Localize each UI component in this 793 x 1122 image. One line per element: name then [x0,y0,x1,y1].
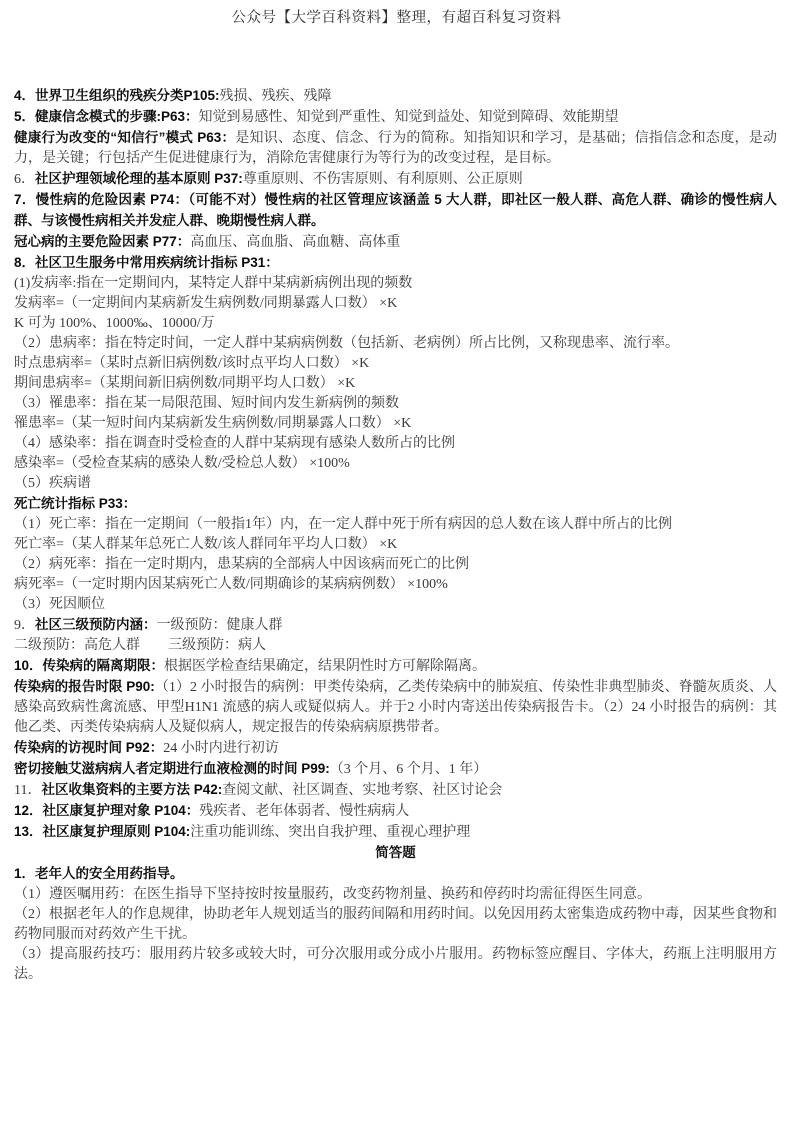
paragraph: 13．社区康复护理原则 P104:注重功能训练、突出自我护理、重视心理护理 [14,822,777,843]
body-text: 病死率=（一定时期内因某病死亡人数/同期确诊的某病病例数） ×100% [14,577,448,592]
bold-text: 密切接触艾滋病病人者定期进行血液检测的时间 P99: [14,761,330,776]
paragraph: 感染率=（受检查某病的感染人数/受检总人数） ×100% [14,454,777,474]
paragraph: 密切接触艾滋病病人者定期进行血液检测的时间 P99:（3 个月、6 个月、1 年… [14,759,777,780]
paragraph: 12．社区康复护理对象 P104：残疾者、老年体弱者、慢性病病人 [14,801,777,822]
body-text: K 可为 100%、1000‰、10000/万 [14,316,215,331]
paragraph: 发病率=（一定期间内某病新发生病例数/同期暴露人口数） ×K [14,294,777,314]
body-text: 感染率=（受检查某病的感染人数/受检总人数） ×100% [14,456,350,471]
body-text: 注重功能训练、突出自我护理、重视心理护理 [190,825,470,840]
paragraph: （1）死亡率：指在一定期间（一般指1年）内，在一定人群中死于所有病因的总人数在该… [14,515,777,535]
body-text: （2）患病率：指在特定时间，一定人群中某病病例数（包括新、老病例）所占比例，又称… [14,336,679,351]
paragraph: 时点患病率=（某时点新旧病例数/该时点平均人口数） ×K [14,354,777,374]
body-text: 时点患病率=（某时点新旧病例数/该时点平均人口数） ×K [14,356,369,371]
paragraph: （2）患病率：指在特定时间，一定人群中某病病例数（包括新、老病例）所占比例，又称… [14,334,777,354]
bold-text: 社区护理领域伦理的基本原则 P37: [35,171,243,186]
paragraph: 传染病的报告时限 P90:（1）2 小时报告的病例：甲类传染病，乙类传染病中的肺… [14,677,777,738]
paragraph: 死亡率=（某人群某年总死亡人数/该人群同年平均人口数） ×K [14,535,777,555]
bold-text: 8．社区卫生服务中常用疾病统计指标 P31： [14,255,279,270]
body-text: （4）感染率：指在调查时受检查的人群中某病现有感染人数所占的比例 [14,436,455,451]
paragraph: 7．慢性病的危险因素 P74：（可能不对）慢性病的社区管理应该涵盖 5 大人群，… [14,190,777,232]
paragraph: 6．社区护理领域伦理的基本原则 P37:尊重原则、不伤害原则、有利原则、公正原则 [14,169,777,190]
paragraph: 传染病的访视时间 P92：24 小时内进行初访 [14,738,777,759]
paragraph: 9．社区三级预防内涵：一级预防：健康人群 [14,615,777,636]
body-text: (1)发病率:指在一定期间内，某特定人群中某病新病例出现的频数 [14,276,412,291]
paragraph: 11．社区收集资料的主要方法 P42:查阅文献、社区调查、实地考察、社区讨论会 [14,780,777,801]
document-body: 4．世界卫生组织的残疾分类P105:残损、残疾、残障5．健康信念模式的步骤:P6… [14,86,777,985]
paragraph: 期间患病率=（某期间新旧病例数/同期平均人口数） ×K [14,374,777,394]
body-text: （5）疾病谱 [14,476,91,491]
paragraph: 罹患率=（某一短时间内某病新发生病例数/同期暴露人口数） ×K [14,414,777,434]
paragraph: （3）罹患率：指在某一局限范围、短时间内发生新病例的频数 [14,394,777,414]
bold-text: 12．社区康复护理对象 P104： [14,803,199,818]
paragraph: K 可为 100%、1000‰、10000/万 [14,314,777,334]
bold-text: 4．世界卫生组织的残疾分类P105: [14,88,220,103]
body-text: （3 个月、6 个月、1 年） [330,762,488,777]
bold-text: 健康行为改变的“知信行”模式 P63： [14,130,235,145]
paragraph: （5）疾病谱 [14,474,777,494]
paragraph: （2）根据老年人的作息规律，协助老年人规划适当的服药间隔和用药时间。以免因用药太… [14,905,777,945]
body-text: （3）罹患率：指在某一局限范围、短时间内发生新病例的频数 [14,396,399,411]
body-text: 一级预防：健康人群 [157,618,283,633]
bold-text: 死亡统计指标 P33： [14,496,136,511]
body-text: 死亡率=（某人群某年总死亡人数/该人群同年平均人口数） ×K [14,537,397,552]
body-text: （1）遵医嘱用药：在医生指导下坚持按时按量服药，改变药物剂量、换药和停药时均需征… [14,887,651,902]
body-text: （2）病死率：指在一定时期内，患某病的全部病人中因该病而死亡的比例 [14,557,469,572]
bold-text: 冠心病的主要危险因素 P77： [14,234,190,249]
body-text: 残损、残疾、残障 [220,89,332,104]
body-text: 二级预防：高危人群 三级预防：病人 [14,638,266,653]
body-text: 尊重原则、不伤害原则、有利原则、公正原则 [243,172,523,187]
paragraph: 病死率=（一定时期内因某病死亡人数/同期确诊的某病病例数） ×100% [14,575,777,595]
paragraph: 5．健康信念模式的步骤:P63：知觉到易感性、知觉到严重性、知觉到益处、知觉到障… [14,107,777,128]
paragraph: 死亡统计指标 P33： [14,494,777,515]
body-text: 11． [14,783,41,798]
bold-text: 13．社区康复护理原则 P104: [14,824,190,839]
bold-text: 10．传染病的隔离期限： [14,658,164,673]
page-header: 公众号【大学百科资料】整理，有超百科复习资料 [0,0,793,28]
paragraph: （2）病死率：指在一定时期内，患某病的全部病人中因该病而死亡的比例 [14,555,777,575]
paragraph: （3）提高服药技巧：服用药片较多或较大时，可分次服用或分成小片服用。药物标签应醒… [14,945,777,985]
paragraph: 10．传染病的隔离期限：根据医学检查结果确定，结果阴性时方可解除隔离。 [14,656,777,677]
paragraph: 8．社区卫生服务中常用疾病统计指标 P31： [14,253,777,274]
paragraph: 1．老年人的安全用药指导。 [14,864,777,885]
body-text: 9． [14,618,35,633]
paragraph: (1)发病率:指在一定期间内，某特定人群中某病新病例出现的频数 [14,274,777,294]
paragraph: （3）死因顺位 [14,595,777,615]
bold-text: 社区三级预防内涵： [35,617,157,632]
bold-text: 传染病的访视时间 P92： [14,740,163,755]
body-text: （2）根据老年人的作息规律，协助老年人规划适当的服药间隔和用药时间。以免因用药太… [14,907,777,942]
bold-text: 传染病的报告时限 P90: [14,679,155,694]
paragraph: 4．世界卫生组织的残疾分类P105:残损、残疾、残障 [14,86,777,107]
body-text: （3）死因顺位 [14,597,105,612]
body-text: 发病率=（一定期间内某病新发生病例数/同期暴露人口数） ×K [14,296,397,311]
body-text: 查阅文献、社区调查、实地考察、社区讨论会 [222,783,502,798]
body-text: 根据医学检查结果确定，结果阴性时方可解除隔离。 [164,659,486,674]
paragraph: 健康行为改变的“知信行”模式 P63：是知识、态度、信念、行为的简称。知指知识和… [14,128,777,169]
bold-text: 7．慢性病的危险因素 P74：（可能不对）慢性病的社区管理应该涵盖 5 大人群，… [14,192,777,228]
paragraph: 二级预防：高危人群 三级预防：病人 [14,636,777,656]
body-text: （3）提高服药技巧：服用药片较多或较大时，可分次服用或分成小片服用。药物标签应醒… [14,947,777,982]
paragraph: （1）遵医嘱用药：在医生指导下坚持按时按量服药，改变药物剂量、换药和停药时均需征… [14,885,777,905]
paragraph: （4）感染率：指在调查时受检查的人群中某病现有感染人数所占的比例 [14,434,777,454]
body-text: 高血压、高血脂、高血糖、高体重 [190,235,400,250]
body-text: 24 小时内进行初访 [163,741,279,756]
paragraph: 简答题 [14,843,777,864]
body-text: 残疾者、老年体弱者、慢性病病人 [199,804,409,819]
document-page: 公众号【大学百科资料】整理，有超百科复习资料 4．世界卫生组织的残疾分类P105… [0,0,793,1122]
bold-text: 1．老年人的安全用药指导。 [14,866,184,881]
bold-text: 5．健康信念模式的步骤:P63： [14,109,199,124]
paragraph: 冠心病的主要危险因素 P77：高血压、高血脂、高血糖、高体重 [14,232,777,253]
body-text: （1）死亡率：指在一定期间（一般指1年）内，在一定人群中死于所有病因的总人数在该… [14,517,672,532]
body-text: 罹患率=（某一短时间内某病新发生病例数/同期暴露人口数） ×K [14,416,411,431]
body-text: 知觉到易感性、知觉到严重性、知觉到益处、知觉到障碍、效能期望 [199,110,619,125]
bold-text: 社区收集资料的主要方法 P42: [41,782,222,797]
bold-text: 简答题 [375,845,416,860]
body-text: 6． [14,172,35,187]
body-text: 期间患病率=（某期间新旧病例数/同期平均人口数） ×K [14,376,355,391]
